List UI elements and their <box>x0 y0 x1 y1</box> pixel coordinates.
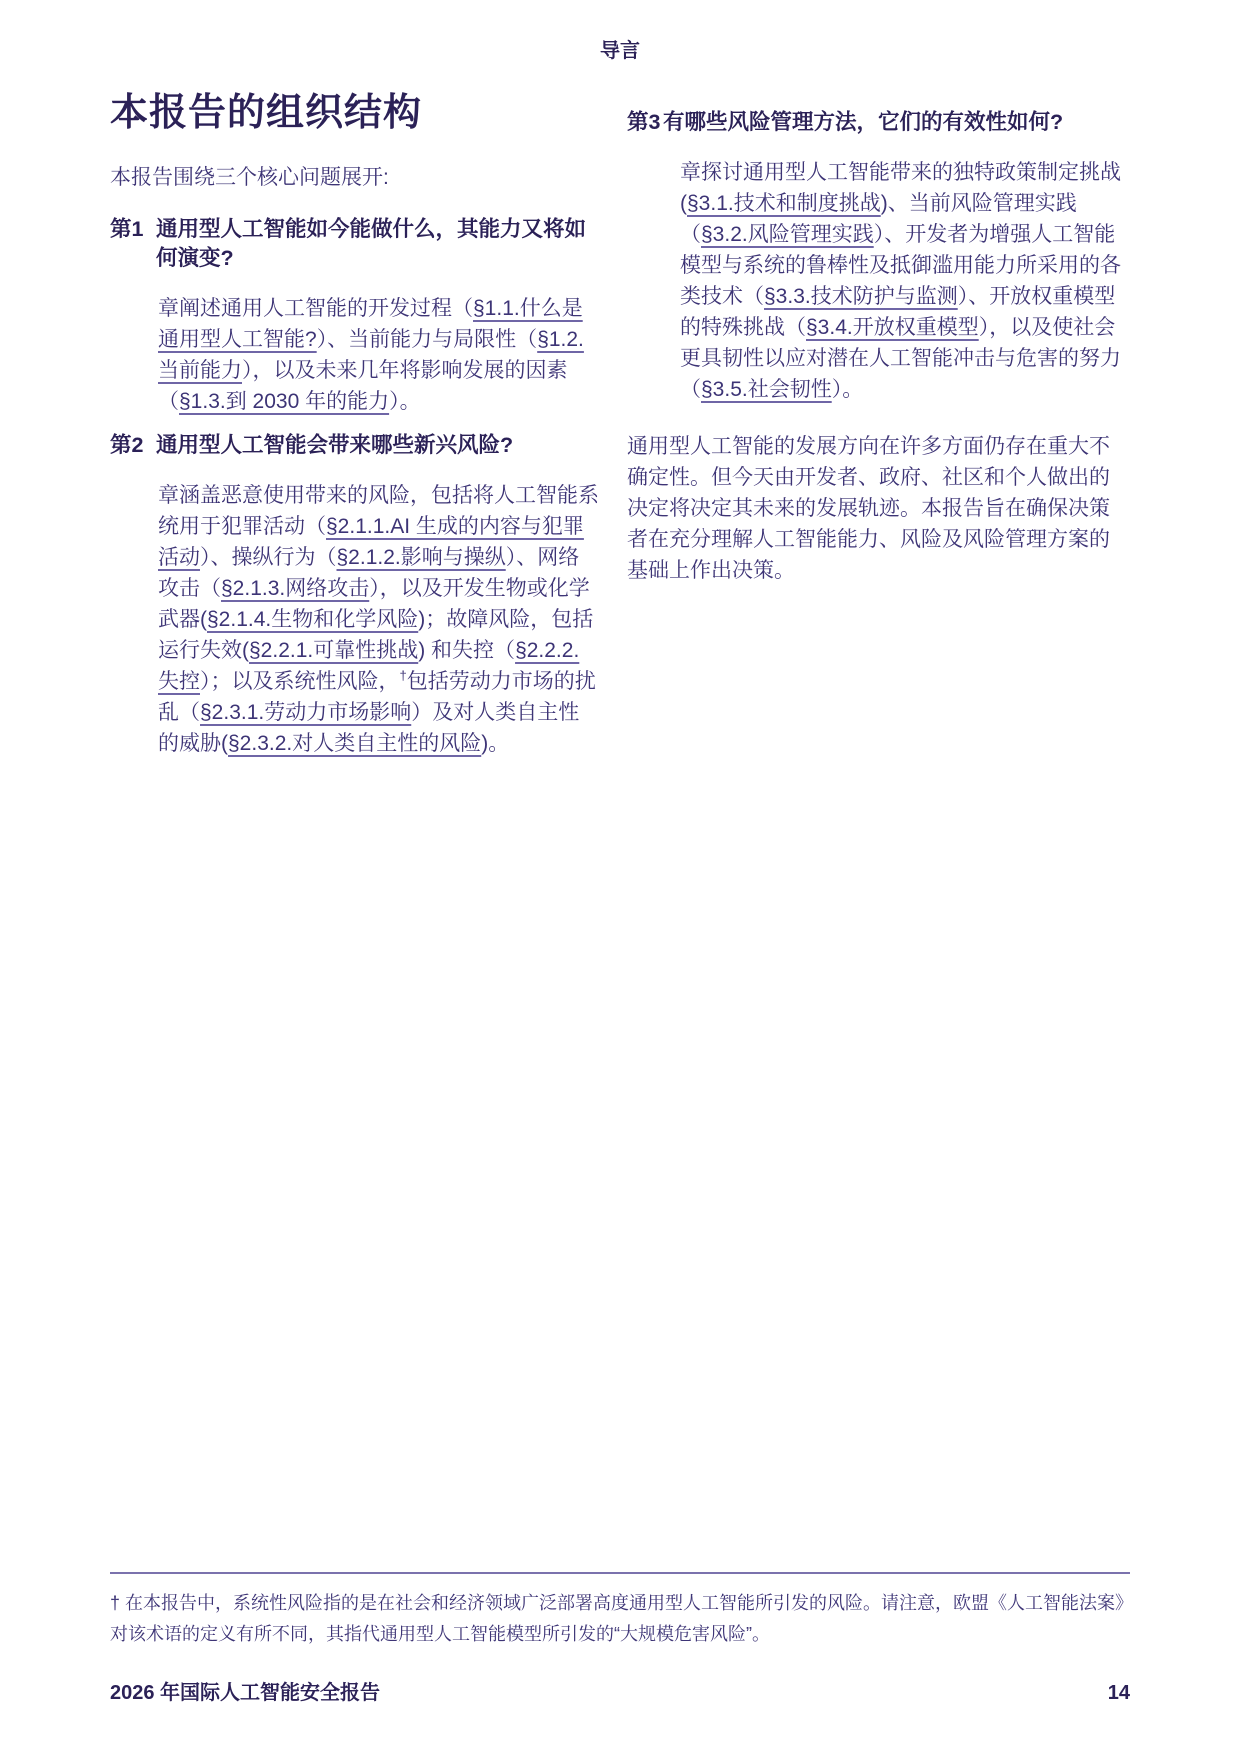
right-column: 第3 有哪些风险管理方法，它们的有效性如何? 章探讨通用型人工智能带来的独特政策… <box>627 88 1130 586</box>
section-link[interactable]: §2.1.3.网络攻击 <box>221 577 369 600</box>
footer-report-title: 2026 年国际人工智能安全报告 <box>110 1676 380 1705</box>
question-heading: 通用型人工智能会带来哪些新兴风险? <box>156 431 600 460</box>
section-link[interactable]: §3.2.风险管理实践 <box>701 223 874 246</box>
footnote-text: 在本报告中，系统性风险指的是在社会和经济领域广泛部署高度通用型人工智能所引发的风… <box>110 1593 1124 1644</box>
question-label: 第1 <box>110 215 156 417</box>
section-link[interactable]: §3.1.技术和制度挑战 <box>687 192 881 215</box>
report-page: { "header": { "section_label": "导言" }, "… <box>0 0 1240 1754</box>
section-link[interactable]: §2.1.2.影响与操纵 <box>337 546 506 569</box>
question-content: 通用型人工智能会带来哪些新兴风险? 章涵盖恶意使用带来的风险，包括将人工智能系统… <box>156 431 600 759</box>
content-columns: 本报告的组织结构 本报告围绕三个核心问题展开: 第1 通用型人工智能如今能做什么… <box>110 88 1130 773</box>
section-link[interactable]: §2.1.4.生物和化学风险 <box>207 608 418 631</box>
question-body: 章阐述通用人工智能的开发过程（§1.1.什么是通用型人工智能?）、当前能力与局限… <box>158 293 600 417</box>
question-label: 第3 <box>627 108 663 405</box>
intro-line: 本报告围绕三个核心问题展开: <box>110 162 600 193</box>
footnote-marker: † <box>110 1593 120 1613</box>
question-item-1: 第1 通用型人工智能如今能做什么，其能力又将如何演变? 章阐述通用人工智能的开发… <box>110 215 600 417</box>
section-label: 导言 <box>600 40 640 62</box>
section-link[interactable]: §2.3.1.劳动力市场影响 <box>200 701 411 724</box>
left-column: 本报告的组织结构 本报告围绕三个核心问题展开: 第1 通用型人工智能如今能做什么… <box>110 88 600 773</box>
section-link[interactable]: §1.3.到 2030 年的能力 <box>179 390 389 413</box>
question-content: 通用型人工智能如今能做什么，其能力又将如何演变? 章阐述通用人工智能的开发过程（… <box>156 215 600 417</box>
question-heading: 有哪些风险管理方法，它们的有效性如何? <box>663 108 1130 137</box>
section-link[interactable]: §3.5.社会韧性 <box>701 378 832 401</box>
question-item-2: 第2 通用型人工智能会带来哪些新兴风险? 章涵盖恶意使用带来的风险，包括将人工智… <box>110 431 600 759</box>
question-body: 章涵盖恶意使用带来的风险，包括将人工智能系统用于犯罪活动（§2.1.1.AI 生… <box>158 480 600 759</box>
question-item-3: 第3 有哪些风险管理方法，它们的有效性如何? 章探讨通用型人工智能带来的独特政策… <box>627 108 1130 405</box>
section-link[interactable]: §2.3.2.对人类自主性的风险 <box>228 732 481 755</box>
page-title: 本报告的组织结构 <box>110 92 600 136</box>
page-number: 14 <box>1108 1682 1130 1705</box>
question-heading: 通用型人工智能如今能做什么，其能力又将如何演变? <box>156 215 600 273</box>
footnote: † 在本报告中，系统性风险指的是在社会和经济领域广泛部署高度通用型人工智能所引发… <box>110 1572 1130 1650</box>
footnote-marker[interactable]: † <box>400 668 407 683</box>
closing-paragraph: 通用型人工智能的发展方向在许多方面仍存在重大不确定性。但今天由开发者、政府、社区… <box>627 431 1130 586</box>
page-footer: 2026 年国际人工智能安全报告 14 <box>110 1676 1130 1705</box>
section-link[interactable]: §3.4.开放权重模型 <box>806 316 979 339</box>
section-link[interactable]: §1.1.什么是通用型人工智能? <box>158 297 583 351</box>
question-body: 章探讨通用型人工智能带来的独特政策制定挑战(§3.1.技术和制度挑战)、当前风险… <box>680 157 1130 405</box>
question-content: 有哪些风险管理方法，它们的有效性如何? 章探讨通用型人工智能带来的独特政策制定挑… <box>663 108 1130 405</box>
running-header: 导言 <box>0 34 1240 63</box>
section-link[interactable]: §3.3.技术防护与监测 <box>764 285 958 308</box>
question-label: 第2 <box>110 431 156 759</box>
section-link[interactable]: §2.2.1.可靠性挑战 <box>249 639 418 662</box>
